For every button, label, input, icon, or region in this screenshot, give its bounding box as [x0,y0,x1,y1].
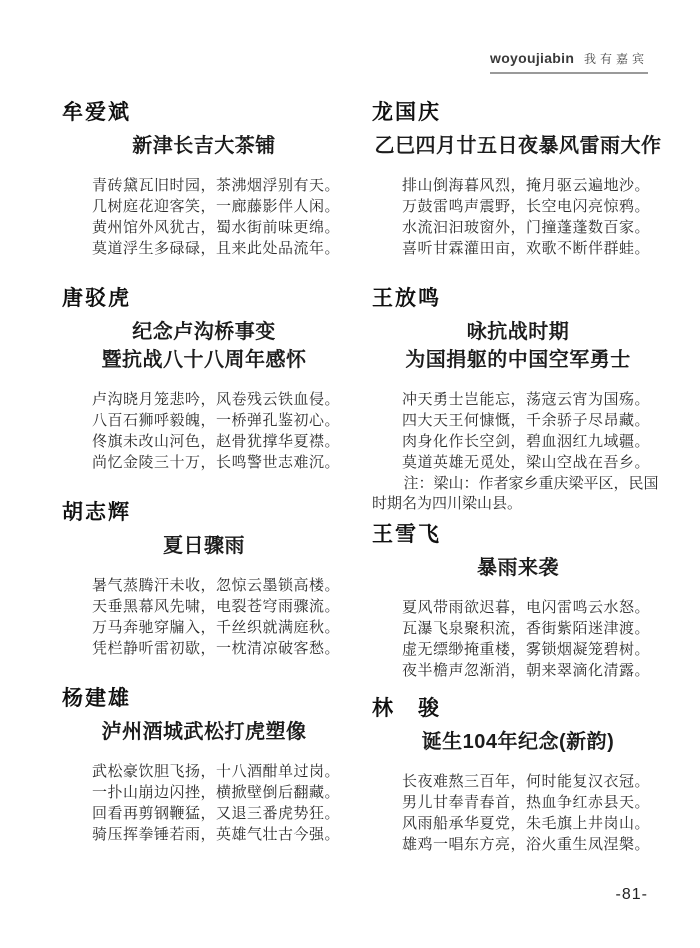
journal-pinyin: woyoujiabin [490,50,574,66]
verse-line: 武松豪饮胆飞扬，十八酒酣单过岗。 [92,762,346,783]
verse-line: 冲天勇士岂能忘，荡寇云宵为国殇。 [402,390,664,411]
verse-line: 回看再剪钢鞭猛，又退三番虎势狂。 [92,804,346,825]
poem-verses: 长夜难熬三百年，何时能复汉衣冠。 男儿甘奉青春首，热血争红赤县天。 风雨船承华夏… [372,772,664,856]
poem-title-line: 纪念卢沟桥事变 [62,318,346,346]
poem-title: 咏抗战时期 为国捐躯的中国空军勇士 [372,318,664,374]
poem-author: 林 骏 [372,696,664,722]
verse-line: 黄州馆外风犹古，蜀水街前味更绵。 [92,218,346,239]
poem-mu-aibin: 牟爱斌 新津长吉大茶铺 青砖黛瓦旧时园，茶沸烟浮别有天。 几树庭花迎客笑，一廊藤… [62,100,346,260]
verse-line: 夏风带雨欲迟暮，电闪雷鸣云水怒。 [402,598,664,619]
poem-title-line: 新津长吉大茶铺 [62,132,346,160]
verse-line: 男儿甘奉青春首，热血争红赤县天。 [402,793,664,814]
verse-line: 莫道英雄无觅处，梁山空战在吾乡。 [402,453,664,474]
poem-title: 新津长吉大茶铺 [62,132,346,160]
poem-author: 王放鸣 [372,286,664,312]
magazine-page: woyoujiabin 我有嘉宾 牟爱斌 新津长吉大茶铺 青砖黛瓦旧时园，茶沸烟… [0,0,700,948]
poem-verses: 卢沟晓月笼悲吟，风卷残云铁血侵。 八百石狮呼毅魄，一桥弹孔鉴初心。 佟旗未改山河… [62,390,346,474]
poem-author: 胡志辉 [62,500,346,526]
poem-title: 泸州酒城武松打虎塑像 [62,718,346,746]
poem-title-line: 泸州酒城武松打虎塑像 [62,718,346,746]
verse-line: 佟旗未改山河色，赵骨犹撑华夏襟。 [92,432,346,453]
verse-line: 雄鸡一唱东方亮，浴火重生凤涅槃。 [402,835,664,856]
verse-line: 青砖黛瓦旧时园，茶沸烟浮别有天。 [92,176,346,197]
poem-title-line: 乙巳四月廿五日夜暴风雷雨大作 [372,132,664,160]
poem-verses: 夏风带雨欲迟暮，电闪雷鸣云水怒。 瓦瀑飞泉聚积流，香街紫陌迷津渡。 虚无缥缈掩重… [372,598,664,682]
right-column: 龙国庆 乙巳四月廿五日夜暴风雷雨大作 排山倒海暮风烈，掩月驱云遍地沙。 万鼓雷鸣… [372,100,664,882]
poem-title: 暴雨来袭 [372,554,664,582]
journal-title-chinese: 我有嘉宾 [584,50,648,67]
journal-header: woyoujiabin 我有嘉宾 [490,50,648,74]
poem-note: 注：梁山：作者家乡重庆梁平区，民国时期名为四川梁山县。 [372,474,664,514]
poem-lin-jun: 林 骏 诞生104年纪念(新韵) 长夜难熬三百年，何时能复汉衣冠。 男儿甘奉青春… [372,696,664,856]
poem-wang-xuefei: 王雪飞 暴雨来袭 夏风带雨欲迟暮，电闪雷鸣云水怒。 瓦瀑飞泉聚积流，香街紫陌迷津… [372,522,664,682]
poem-author: 牟爱斌 [62,100,346,126]
verse-line: 水流汩汩玻窗外，门撞蓬蓬数百家。 [402,218,664,239]
verse-line: 万鼓雷鸣声震野，长空电闪亮惊鸦。 [402,197,664,218]
verse-line: 几树庭花迎客笑，一廊藤影伴人闲。 [92,197,346,218]
poem-verses: 暑气蒸腾汗未收，忽惊云墨锁高楼。 天垂黑幕风先啸，电裂苍穹雨骤流。 万马奔驰穿牖… [62,576,346,660]
poem-title: 夏日骤雨 [62,532,346,560]
verse-line: 万马奔驰穿牖入，千丝织就满庭秋。 [92,618,346,639]
verse-line: 长夜难熬三百年，何时能复汉衣冠。 [402,772,664,793]
verse-line: 喜听甘霖灌田亩，欢歌不断伴群蛙。 [402,239,664,260]
poem-verses: 排山倒海暮风烈，掩月驱云遍地沙。 万鼓雷鸣声震野，长空电闪亮惊鸦。 水流汩汩玻窗… [372,176,664,260]
verse-line: 骑压挥拳锤若雨，英雄气壮古今强。 [92,825,346,846]
verse-line: 虚无缥缈掩重楼，雾锁烟凝笼碧树。 [402,640,664,661]
poem-title-line: 暴雨来袭 [372,554,664,582]
verse-line: 尚忆金陵三十万，长鸣警世志难沉。 [92,453,346,474]
poem-title: 纪念卢沟桥事变 暨抗战八十八周年感怀 [62,318,346,374]
verse-line: 四大天王何慷慨，千余骄子尽昂藏。 [402,411,664,432]
verse-line: 卢沟晓月笼悲吟，风卷残云铁血侵。 [92,390,346,411]
verse-line: 一扑山崩边闪挫，横掀壁倒后翻藏。 [92,783,346,804]
poem-title-line: 夏日骤雨 [62,532,346,560]
verse-line: 凭栏静听雷初歇，一枕清凉破客愁。 [92,639,346,660]
poem-author: 唐驳虎 [62,286,346,312]
verse-line: 天垂黑幕风先啸，电裂苍穹雨骤流。 [92,597,346,618]
verse-line: 八百石狮呼毅魄，一桥弹孔鉴初心。 [92,411,346,432]
verse-line: 夜半檐声忽渐消，朝来翠滴化清露。 [402,661,664,682]
verse-line: 暑气蒸腾汗未收，忽惊云墨锁高楼。 [92,576,346,597]
poem-verses: 武松豪饮胆飞扬，十八酒酣单过岗。 一扑山崩边闪挫，横掀壁倒后翻藏。 回看再剪钢鞭… [62,762,346,846]
poem-title: 乙巳四月廿五日夜暴风雷雨大作 [372,132,664,160]
left-column: 牟爱斌 新津长吉大茶铺 青砖黛瓦旧时园，茶沸烟浮别有天。 几树庭花迎客笑，一廊藤… [62,100,346,882]
verse-line: 风雨船承华夏党，朱毛旗上井岗山。 [402,814,664,835]
poem-tang-bohu: 唐驳虎 纪念卢沟桥事变 暨抗战八十八周年感怀 卢沟晓月笼悲吟，风卷残云铁血侵。 … [62,286,346,474]
poem-long-guoqing: 龙国庆 乙巳四月廿五日夜暴风雷雨大作 排山倒海暮风烈，掩月驱云遍地沙。 万鼓雷鸣… [372,100,664,260]
page-content: 牟爱斌 新津长吉大茶铺 青砖黛瓦旧时园，茶沸烟浮别有天。 几树庭花迎客笑，一廊藤… [62,100,664,882]
poem-yang-jianxiong: 杨建雄 泸州酒城武松打虎塑像 武松豪饮胆飞扬，十八酒酣单过岗。 一扑山崩边闪挫，… [62,686,346,846]
poem-title: 诞生104年纪念(新韵) [372,728,664,756]
poem-verses: 冲天勇士岂能忘，荡寇云宵为国殇。 四大天王何慷慨，千余骄子尽昂藏。 肉身化作长空… [372,390,664,474]
poem-author: 龙国庆 [372,100,664,126]
poem-title-line: 咏抗战时期 [372,318,664,346]
poem-wang-fangming: 王放鸣 咏抗战时期 为国捐躯的中国空军勇士 冲天勇士岂能忘，荡寇云宵为国殇。 四… [372,286,664,514]
poem-title-line: 暨抗战八十八周年感怀 [62,346,346,374]
poem-title-line: 为国捐躯的中国空军勇士 [372,346,664,374]
poem-verses: 青砖黛瓦旧时园，茶沸烟浮别有天。 几树庭花迎客笑，一廊藤影伴人闲。 黄州馆外风犹… [62,176,346,260]
verse-line: 瓦瀑飞泉聚积流，香街紫陌迷津渡。 [402,619,664,640]
poem-title-line: 诞生104年纪念(新韵) [372,728,664,756]
poem-hu-zhihui: 胡志辉 夏日骤雨 暑气蒸腾汗未收，忽惊云墨锁高楼。 天垂黑幕风先啸，电裂苍穹雨骤… [62,500,346,660]
poem-author: 杨建雄 [62,686,346,712]
verse-line: 莫道浮生多碌碌，且来此处品流年。 [92,239,346,260]
verse-line: 肉身化作长空剑，碧血洇红九域疆。 [402,432,664,453]
page-number: -81- [616,886,648,904]
verse-line: 排山倒海暮风烈，掩月驱云遍地沙。 [402,176,664,197]
poem-author: 王雪飞 [372,522,664,548]
